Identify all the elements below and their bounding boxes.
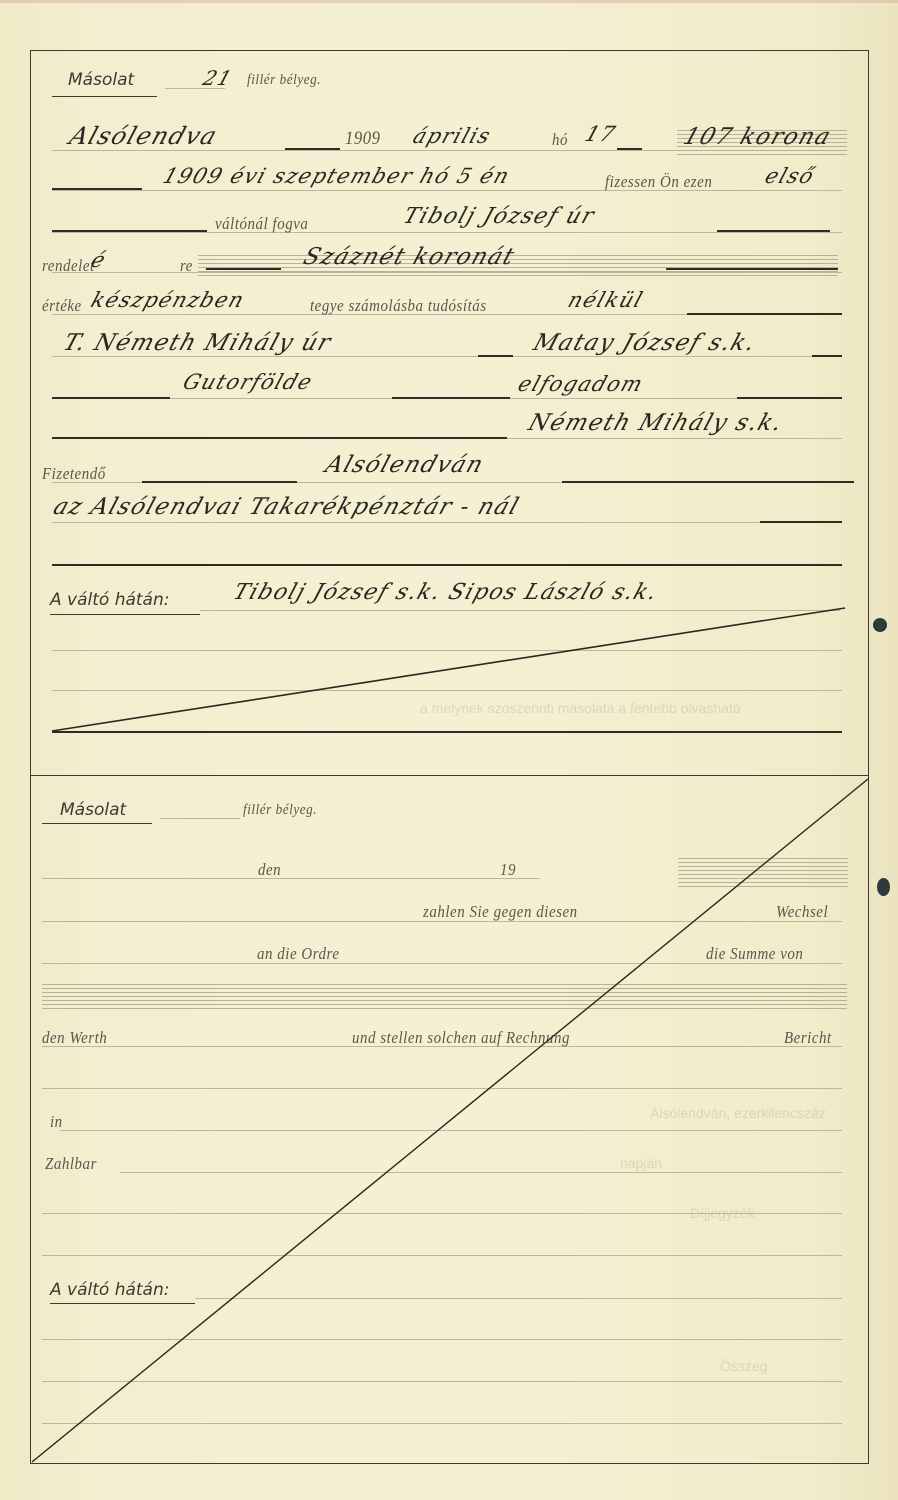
bericht-label: Bericht [784,1028,832,1048]
zahlen-label: zahlen Sie gegen diesen [423,902,578,922]
ezen-value: első [762,164,818,188]
re-label: re [180,256,193,276]
erteke-value: készpénzben [88,288,248,312]
title-underline [42,823,152,824]
blank-line [687,313,842,315]
year-value: 1909 [345,128,381,150]
blank-line [812,355,842,357]
field-line [52,190,842,191]
rendelet-label: rendelet [42,256,95,276]
tudositas-value: nélkül [565,288,647,312]
sum-words-box [198,255,838,279]
upper-title: Másolat [68,70,134,90]
back-label-underline [50,1303,195,1304]
den-label: den [258,860,281,880]
section-rule [52,564,842,566]
field-line [52,650,842,651]
section-divider [30,775,869,776]
fizetendo-label: Fizetendő [42,464,106,484]
ink-blot [873,618,887,632]
payee-value: Tibolj József úr [400,204,598,229]
field-line [42,1339,842,1340]
field-line [52,522,842,523]
blank-line [52,397,170,399]
stamp-line [160,818,240,819]
section-rule [52,731,842,733]
place-value: Alsólendva [66,122,221,150]
elfogadom-value: elfogadom [515,372,647,396]
field-line [42,1423,842,1424]
blank-line [142,481,297,483]
back-label: A váltó hátán: [50,1280,169,1300]
due-date-value: 1909 évi szeptember hó 5 én [160,164,513,188]
blank-line [717,230,830,232]
werth-label: den Werth [42,1028,107,1048]
zahlbar-label: Zahlbar [45,1154,97,1174]
ho-label: hó [552,130,568,150]
ink-blot [877,878,890,896]
field-line [52,356,842,357]
blank-line [285,148,340,150]
blank-line [206,268,281,270]
field-line [195,1298,842,1299]
bank-value: az Alsólendvai Takarékpénztár - nál [50,494,523,520]
wechsel-label: Wechsel [776,902,828,922]
year-prefix: 19 [500,860,516,880]
blank-line [737,397,842,399]
stamp-label: fillér bélyeg. [243,802,317,819]
field-line [200,610,840,611]
summe-label: die Summe von [706,944,803,964]
blank-line [52,188,142,190]
field-line [42,1088,842,1089]
in-label: in [50,1112,63,1132]
blank-line [562,481,854,483]
back-label: A váltó hátán: [50,590,169,610]
field-line [42,1381,842,1382]
field-line [120,1172,842,1173]
field-line [42,1255,842,1256]
ordre-label: an die Ordre [257,944,340,964]
signer2-value: Németh Mihály s.k. [525,410,787,436]
sum-words-box [42,984,847,1010]
stellen-label: und stellen solchen auf Rechnung [352,1028,570,1048]
field-line [42,1213,842,1214]
sum-words-value: Száznét koronát [300,244,519,270]
tegye-label: tegye számolásba tudósítás [310,296,487,316]
endorsements-value: Tibolj József s.k. Sipos László s.k. [230,580,661,605]
amount-value: 107 korona [680,124,835,150]
amount-box [678,858,848,888]
fizetendo-value: Alsólendván [322,452,487,478]
lower-title: Másolat [60,800,126,820]
blank-line [392,397,510,399]
blank-line [617,148,642,150]
erteke-label: értéke [42,296,82,316]
blank-line [760,521,842,523]
title-underline [52,96,157,97]
blank-line [478,355,513,357]
stamp-label: fillér bélyeg. [247,72,321,89]
location-value: Gutorfölde [180,370,316,394]
back-label-underline [50,614,200,615]
page-edge [0,0,898,3]
month-value: április [410,124,495,148]
field-line [60,1130,842,1131]
signer1-value: Matay József s.k. [530,330,760,356]
blank-line [52,230,207,232]
fizessen-label: fizessen Ön ezen [605,172,712,192]
field-line [52,690,842,691]
blank-line [666,268,838,270]
field-line [52,232,842,233]
blank-line [52,437,507,439]
valtonal-label: váltónál fogva [215,214,308,234]
drawee-value: T. Németh Mihály úr [60,330,335,356]
